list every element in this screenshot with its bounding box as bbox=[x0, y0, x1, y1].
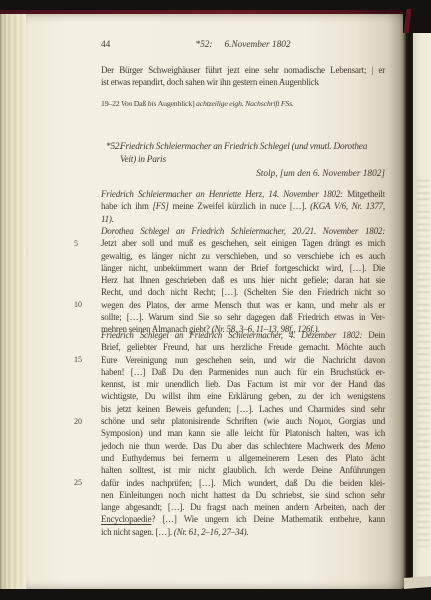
testimony-schleiermacher-herz: Friedrich Schleiermacher an Henriette He… bbox=[101, 188, 385, 225]
headband-red-line bbox=[0, 10, 406, 14]
text-line: Veit) in Paris bbox=[120, 154, 404, 167]
paragraph-opening: Der Bürger Schweighäuser führt jezt eine… bbox=[101, 64, 385, 89]
text-line: ich nicht sagen. […]. (Nr. 61, 2–16, 27–… bbox=[101, 526, 385, 538]
text-line: 20schöne und sehr platonisirende Schrift… bbox=[101, 415, 385, 427]
running-head-number: *52: bbox=[195, 40, 212, 50]
text-line: haben! […] Daß Du den Parmenides nun auc… bbox=[101, 366, 385, 378]
text-line: bis jetzt keinen Beweis gefunden; […]. L… bbox=[101, 403, 385, 415]
text-line: habe ich ihm [FS] meine Zweifel kürzlich… bbox=[101, 200, 385, 212]
testimony-dorothea-schlegel: Dorothea Schlegel an Friedrich Schleierm… bbox=[101, 225, 385, 336]
text-line: 15Eure Vereinigung nun geschehen sein, u… bbox=[101, 354, 385, 366]
apparatus-note: 19–22 Von Daß bis Augenblick] achtzeilig… bbox=[101, 98, 385, 109]
letter-heading: *52. Friedrich Schleiermacher an Friedri… bbox=[101, 141, 404, 167]
dateline: Stolp, [um den 6. November 1802] bbox=[101, 169, 385, 179]
text-line: Brief, geliebter Freund, hat uns herzlic… bbox=[101, 341, 385, 353]
line-number: 10 bbox=[74, 299, 95, 311]
page-number: 44 bbox=[101, 40, 110, 50]
text-line: und Euthydemus bei fernerm u allgemeiner… bbox=[101, 452, 385, 464]
facing-page-ghost-text bbox=[417, 180, 429, 550]
text-line: länger nicht, unbekümmert wann der Brief… bbox=[101, 262, 385, 274]
line-number: 15 bbox=[74, 354, 95, 366]
text-line: wichtigste, Du willst ihm eine Erklärung… bbox=[101, 390, 385, 402]
text-line: 5Jetzt aber soll und muß es geschehen, s… bbox=[101, 237, 385, 249]
line-number: 25 bbox=[74, 477, 95, 489]
text-line: Der Bürger Schweighäuser führt jezt eine… bbox=[101, 64, 385, 76]
text-line: lange abgesandt; […]. Du fragst nach mei… bbox=[101, 501, 385, 513]
text-line: halten solltest, ist mir nicht glaublich… bbox=[101, 464, 385, 476]
page-edges-left bbox=[0, 13, 27, 591]
book-photo: 44 *52:6.November 1802 Der Bürger Schwei… bbox=[0, 0, 431, 600]
text-line: Friedrich Schlegel an Friedrich Schleier… bbox=[101, 329, 385, 341]
text-line: Friedrich Schleiermacher an Friedrich Sc… bbox=[120, 141, 404, 154]
page-header: 44 *52:6.November 1802 bbox=[101, 40, 385, 50]
text-line: Symposion) und man kann sie alle leicht … bbox=[101, 427, 385, 439]
text-line: gewaltig, es länger nicht zu verschieben… bbox=[101, 250, 385, 262]
text-line: kennst, ist mir unendlich lieb. Das Fact… bbox=[101, 378, 385, 390]
line-number: 20 bbox=[74, 416, 95, 428]
running-head: *52:6.November 1802 bbox=[101, 40, 385, 50]
text-line: sollte; […]. Warum sind Sie so sehr dage… bbox=[101, 311, 385, 323]
facing-page bbox=[413, 30, 431, 578]
text-line: Friedrich Schleiermacher an Henriette He… bbox=[101, 188, 385, 200]
text-line: Encyclopaedie? […] Wie ungern ich Deine … bbox=[101, 513, 385, 525]
text-line: jedoch nie thun werde. Das Du aber das s… bbox=[101, 440, 385, 452]
text-line: Herz hat Ihnen geschrieben daß es uns hi… bbox=[101, 274, 385, 286]
text-line: 10wegen des Platos, der arme Mensch thut… bbox=[101, 299, 385, 311]
text-line: nen Einleitungen noch nicht hattest da D… bbox=[101, 489, 385, 501]
running-head-date: 6.November 1802 bbox=[224, 40, 290, 50]
line-number: 5 bbox=[74, 238, 95, 250]
text-line: ist etwas repandirt, doch sahen wir ihn … bbox=[101, 76, 385, 88]
book-cover-bottom bbox=[0, 589, 431, 600]
text-line: 11). bbox=[101, 213, 385, 225]
text-line: 19–22 Von Daß bis Augenblick] achtzeilig… bbox=[101, 98, 385, 109]
text-line: Recht, und doch nicht Recht; […]. (Schel… bbox=[101, 286, 385, 298]
book-gutter-shadow bbox=[403, 12, 413, 590]
facing-page-bottom-edge bbox=[404, 576, 431, 589]
book-page: 44 *52:6.November 1802 Der Bürger Schwei… bbox=[26, 13, 406, 589]
text-line: 25dafür indes nachprüfen; […]. Mich wund… bbox=[101, 477, 385, 489]
text-line: Dorothea Schlegel an Friedrich Schleierm… bbox=[101, 225, 385, 237]
testimony-friedrich-schlegel: Friedrich Schlegel an Friedrich Schleier… bbox=[101, 329, 385, 538]
